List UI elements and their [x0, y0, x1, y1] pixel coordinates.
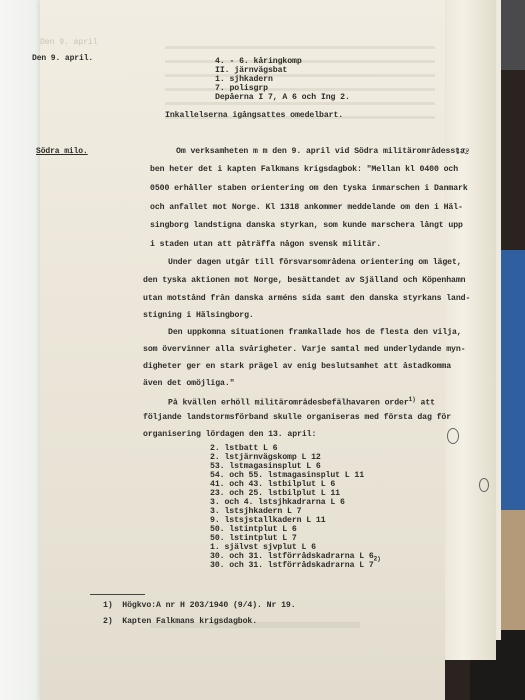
document-page: Den 9. april Den 9. april. 4. - 6. kårin…	[40, 0, 445, 700]
footnote-ref: 1)	[409, 396, 416, 403]
unit-list-item: Depåerna I 7, A 6 och Ing 2.	[215, 93, 350, 103]
text-line: i staden utan att påträffa någon svensk …	[150, 240, 381, 250]
text-line: den tyska aktionen mot Norge, besättande…	[143, 276, 466, 286]
scribble-mark	[479, 478, 489, 492]
text-line: utan motstånd från danska arméns sida sa…	[143, 294, 470, 304]
text-line: digheter ger en stark prägel av enig bes…	[143, 362, 451, 372]
text-segment: 30. och 31. lstförrådskadrarna L 6	[210, 552, 374, 561]
margin-note-section: Södra milo.	[36, 147, 88, 157]
footnote-ref: 2)	[374, 556, 381, 563]
text-line: som övervinner alla svårigheter. Varje s…	[143, 345, 466, 355]
text-line: även det omöjliga."	[143, 379, 234, 389]
bleed-through-text: Den 9. april	[40, 38, 98, 47]
scribble-mark	[447, 428, 459, 444]
left-page-edge	[0, 0, 45, 700]
text-line: singborg landstigna danska styrkan, som …	[150, 221, 463, 231]
text-line: Under dagen utgår till försvarsområdena …	[168, 258, 462, 268]
text-line: Den uppkomna situationen framkallade hos…	[168, 328, 462, 338]
unit-list-item: 30. och 31. lstförrådskadrarna L 7	[210, 561, 374, 571]
footnote-divider	[90, 594, 145, 595]
text-line: 0500 erhåller staben orientering om den …	[150, 184, 468, 194]
margin-note-date: Den 9. april.	[32, 54, 93, 64]
text-line: organisering lördagen den 13. april:	[143, 430, 316, 440]
footnote: 1) Högkvo:A nr H 203/1940 (9/4). Nr 19.	[103, 601, 296, 611]
text-line: följande landstormsförband skulle organi…	[143, 413, 451, 423]
text-segment: att	[416, 399, 435, 408]
text-line: På kvällen erhöll militärområdesbefälhav…	[168, 395, 435, 409]
text-line: Om verksamheten m m den 9. april vid Söd…	[176, 147, 470, 157]
text-segment: På kvällen erhöll militärområdesbefälhav…	[168, 399, 409, 408]
footnote: 2) Kapten Falkmans krigsdagbok.	[103, 617, 257, 627]
text-line: stigning i Hälsingborg.	[143, 311, 254, 321]
text-line: och anfallet mot Norge. Kl 1318 ankommer…	[150, 203, 463, 213]
inkallelse-line: Inkallelserna igångsattes omedelbart.	[165, 111, 343, 121]
text-line: ben heter det i kapten Falkmans krigsdag…	[150, 165, 458, 175]
